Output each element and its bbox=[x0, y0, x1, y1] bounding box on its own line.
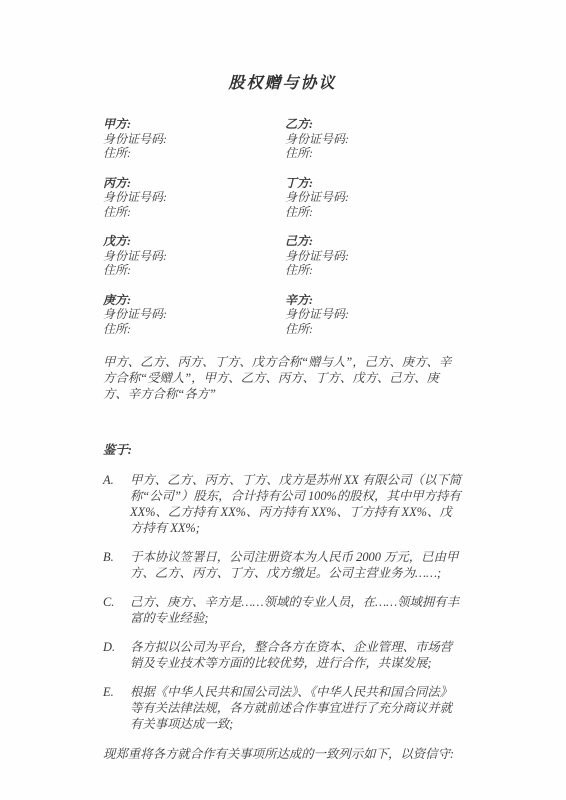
document-page: 股权赠与协议 甲方: 身份证号码: 住所: 乙方: 身份证号码: 住所: 丙方:… bbox=[0, 0, 566, 800]
party-name-label: 庚方: bbox=[103, 293, 285, 308]
party-definitions-paragraph: 甲方、乙方、丙方、丁方、戊方合称“赠与人”，己方、庚方、辛方合称“受赠人”，甲方… bbox=[103, 354, 462, 402]
party-id-label: 身份证号码: bbox=[103, 249, 285, 264]
party-address-label: 住所: bbox=[285, 322, 462, 337]
party-block-jia: 甲方: 身份证号码: 住所: bbox=[103, 117, 285, 161]
party-block-xin: 辛方: 身份证号码: 住所: bbox=[285, 293, 462, 337]
recital-text: 己方、庚方、辛方是……领域的专业人员，在……领域拥有丰富的专业经验; bbox=[130, 594, 462, 626]
closing-paragraph: 现郑重将各方就合作有关事项所达成的一致列示如下，以资信守: bbox=[103, 746, 462, 762]
party-id-label: 身份证号码: bbox=[285, 249, 462, 264]
recital-text: 甲方、乙方、丙方、丁方、戊方是苏州 XX 有限公司（以下简称“公司”）股东，合计… bbox=[130, 472, 462, 536]
party-address-label: 住所: bbox=[103, 146, 285, 161]
recitals-list: A. 甲方、乙方、丙方、丁方、戊方是苏州 XX 有限公司（以下简称“公司”）股东… bbox=[103, 472, 462, 732]
party-id-label: 身份证号码: bbox=[285, 307, 462, 322]
recital-label: D. bbox=[103, 639, 130, 671]
party-name-label: 甲方: bbox=[103, 117, 285, 132]
party-block-bing: 丙方: 身份证号码: 住所: bbox=[103, 176, 285, 220]
recital-label: C. bbox=[103, 594, 130, 626]
party-name-label: 乙方: bbox=[285, 117, 462, 132]
party-block-wu: 戊方: 身份证号码: 住所: bbox=[103, 234, 285, 278]
party-name-label: 辛方: bbox=[285, 293, 462, 308]
party-address-label: 住所: bbox=[103, 205, 285, 220]
party-grid: 甲方: 身份证号码: 住所: 乙方: 身份证号码: 住所: 丙方: 身份证号码:… bbox=[103, 117, 462, 336]
recital-label: A. bbox=[103, 472, 130, 536]
recital-item-a: A. 甲方、乙方、丙方、丁方、戊方是苏州 XX 有限公司（以下简称“公司”）股东… bbox=[103, 472, 462, 536]
document-title: 股权赠与协议 bbox=[103, 70, 462, 93]
recital-item-d: D. 各方拟以公司为平台，整合各方在资本、企业管理、市场营销及专业技术等方面的比… bbox=[103, 639, 462, 671]
party-id-label: 身份证号码: bbox=[285, 132, 462, 147]
party-id-label: 身份证号码: bbox=[103, 190, 285, 205]
party-block-yi: 乙方: 身份证号码: 住所: bbox=[285, 117, 462, 161]
party-block-ding: 丁方: 身份证号码: 住所: bbox=[285, 176, 462, 220]
party-address-label: 住所: bbox=[285, 205, 462, 220]
recital-text: 于本协议签署日，公司注册资本为人民币 2000 万元，已由甲方、乙方、丙方、丁方… bbox=[130, 549, 462, 581]
recital-label: E. bbox=[103, 684, 130, 732]
party-id-label: 身份证号码: bbox=[103, 132, 285, 147]
party-name-label: 丙方: bbox=[103, 176, 285, 191]
party-address-label: 住所: bbox=[285, 263, 462, 278]
recital-item-b: B. 于本协议签署日，公司注册资本为人民币 2000 万元，已由甲方、乙方、丙方… bbox=[103, 549, 462, 581]
party-name-label: 戊方: bbox=[103, 234, 285, 249]
party-address-label: 住所: bbox=[285, 146, 462, 161]
party-address-label: 住所: bbox=[103, 322, 285, 337]
party-name-label: 己方: bbox=[285, 234, 462, 249]
recital-item-c: C. 己方、庚方、辛方是……领域的专业人员，在……领域拥有丰富的专业经验; bbox=[103, 594, 462, 626]
party-block-ji: 己方: 身份证号码: 住所: bbox=[285, 234, 462, 278]
recital-text: 各方拟以公司为平台，整合各方在资本、企业管理、市场营销及专业技术等方面的比较优势… bbox=[130, 639, 462, 671]
party-block-geng: 庚方: 身份证号码: 住所: bbox=[103, 293, 285, 337]
recital-label: B. bbox=[103, 549, 130, 581]
party-name-label: 丁方: bbox=[285, 176, 462, 191]
recital-item-e: E. 根据《中华人民共和国公司法》、《中华人民共和国合同法》等有关法律法规，各方… bbox=[103, 684, 462, 732]
party-address-label: 住所: bbox=[103, 263, 285, 278]
whereas-label: 鉴于: bbox=[103, 442, 462, 458]
party-id-label: 身份证号码: bbox=[103, 307, 285, 322]
party-id-label: 身份证号码: bbox=[285, 190, 462, 205]
recital-text: 根据《中华人民共和国公司法》、《中华人民共和国合同法》等有关法律法规，各方就前述… bbox=[130, 684, 462, 732]
